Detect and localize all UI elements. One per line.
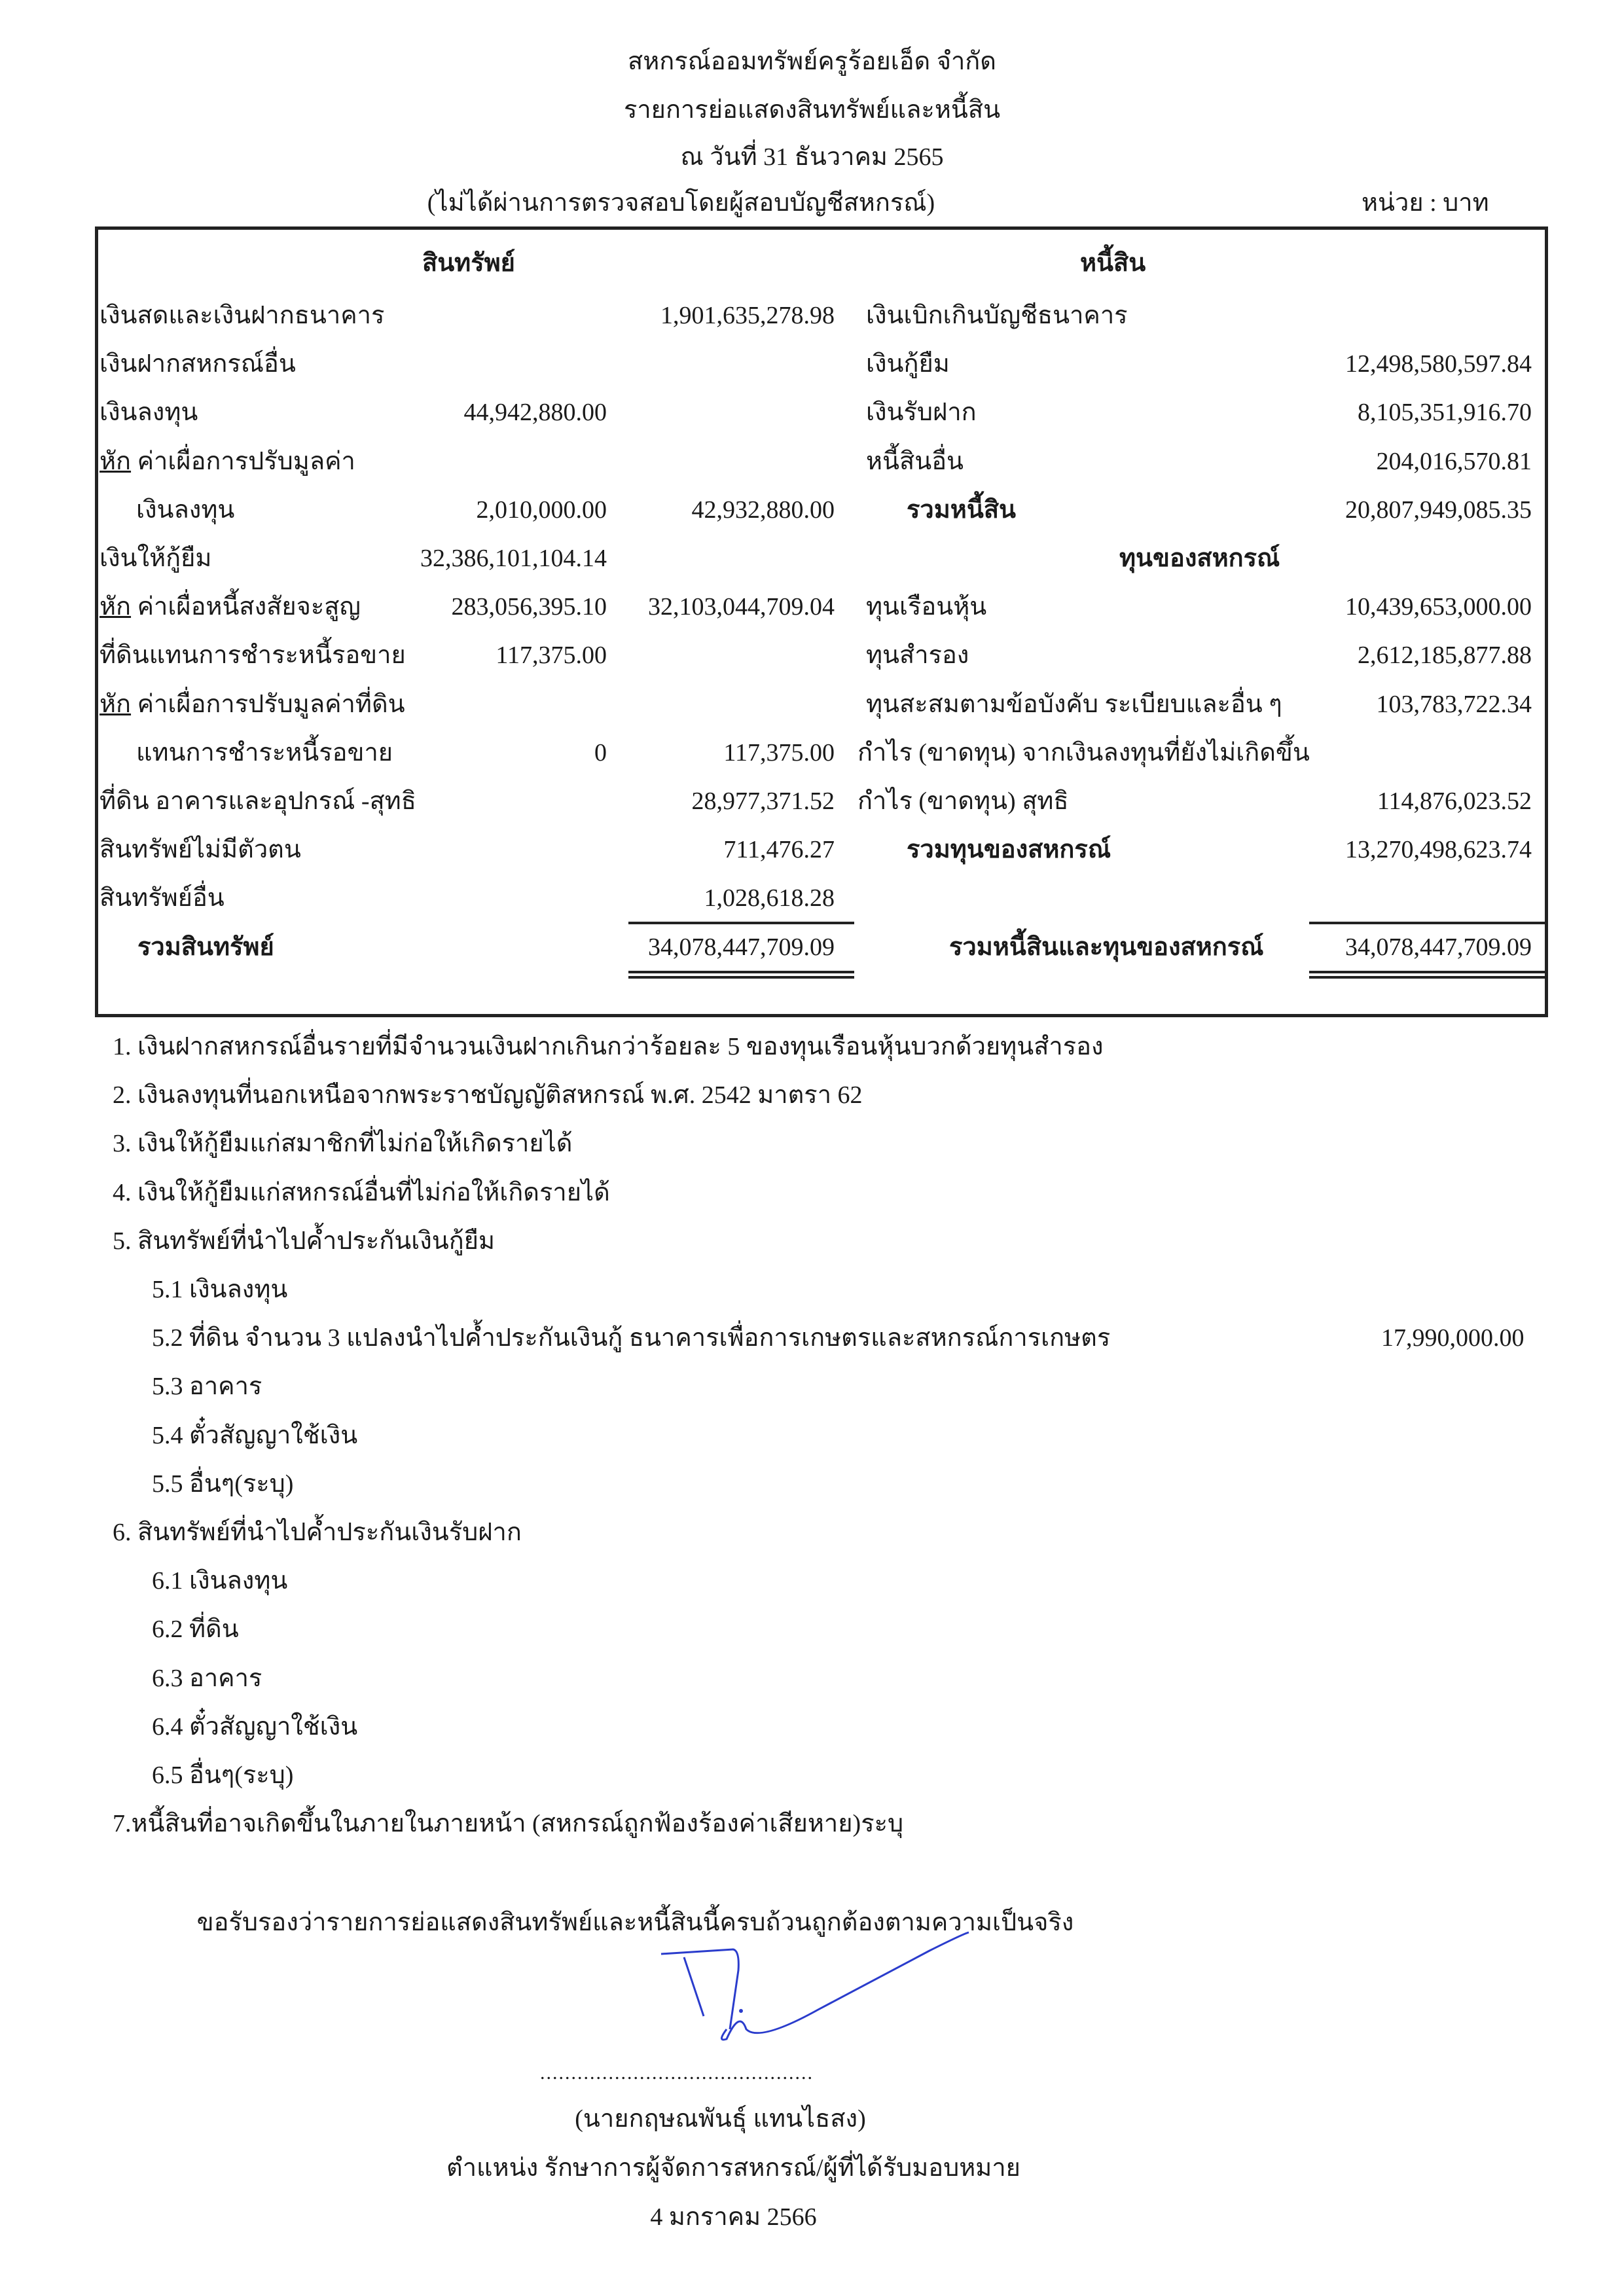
- asset-sub-amount: 32,386,101,104.14: [420, 546, 607, 571]
- asset-amount: 1,028,618.28: [704, 886, 835, 911]
- note-item: 5.3 อาคาร: [152, 1374, 262, 1399]
- total-rule: [1309, 976, 1545, 979]
- asset-label: แทนการชำระหนี้รอขาย: [136, 740, 393, 765]
- asset-label: ที่ดินแทนการชำระหนี้รอขาย: [99, 643, 406, 668]
- note-item: 6. สินทรัพย์ที่นำไปค้ำประกันเงินรับฝาก: [113, 1520, 522, 1545]
- asset-label-text: เงินให้กู้ยืม: [99, 545, 211, 572]
- asset-label-text: แทนการชำระหนี้รอขาย: [136, 739, 393, 767]
- asset-amount: 117,375.00: [723, 740, 835, 765]
- total-rule: [628, 971, 854, 973]
- asset-label: เงินลงทุน: [136, 497, 234, 522]
- grand-total-label: รวมหนี้สินและทุนของสหกรณ์: [949, 935, 1263, 960]
- asset-sub-amount: 44,942,880.00: [464, 400, 607, 425]
- grand-total-value: 34,078,447,709.09: [1345, 935, 1532, 960]
- asset-label: เงินฝากสหกรณ์อื่น: [99, 352, 296, 376]
- equity-label: กำไร (ขาดทุน) จากเงินลงทุนที่ยังไม่เกิดข…: [857, 740, 1310, 765]
- liability-label: เงินเบิกเกินบัญชีธนาคาร: [866, 303, 1128, 328]
- total-rule: [1309, 971, 1545, 973]
- asset-label-text: เงินฝากสหกรณ์อื่น: [99, 350, 296, 378]
- liability-label: เงินกู้ยืม: [866, 352, 950, 376]
- note-amount: 17,990,000.00: [1381, 1326, 1525, 1350]
- liability-amount: 8,105,351,916.70: [1358, 400, 1532, 425]
- asset-label-text: ค่าเผื่อการปรับมูลค่าที่ดิน: [131, 691, 405, 718]
- liability-label: หนี้สินอื่น: [866, 449, 964, 474]
- signer-position: ตำแหน่ง รักษาการผู้จัดการสหกรณ์/ผู้ที่ได…: [0, 2147, 1545, 2187]
- asset-label: หัก ค่าเผื่อการปรับมูลค่าที่ดิน: [99, 692, 405, 717]
- asset-amount: 32,103,044,709.04: [648, 594, 835, 619]
- equity-label: ทุนเรือนหุ้น: [866, 594, 986, 619]
- report-date: ณ วันที่ 31 ธันวาคม 2565: [0, 136, 1624, 176]
- asset-amount: 28,977,371.52: [692, 789, 835, 814]
- liability-amount: 12,498,580,597.84: [1345, 352, 1532, 376]
- total-rule: [628, 922, 854, 924]
- note-item: 6.3 อาคาร: [152, 1666, 262, 1691]
- audit-note: (ไม่ได้ผ่านการตรวจสอบโดยผู้สอบบัญชีสหกรณ…: [0, 182, 1493, 222]
- asset-label-text: สินทรัพย์ไม่มีตัวตน: [99, 836, 301, 863]
- equity-amount: 10,439,653,000.00: [1345, 594, 1532, 619]
- note-item: 6.2 ที่ดิน: [152, 1617, 239, 1642]
- note-item: 1. เงินฝากสหกรณ์อื่นรายที่มีจำนวนเงินฝาก…: [113, 1034, 1104, 1059]
- asset-label-text: ค่าเผื่อหนี้สงสัยจะสูญ: [131, 593, 361, 621]
- asset-label: ที่ดิน อาคารและอุปกรณ์ -สุทธิ: [99, 789, 416, 814]
- asset-label-text: ที่ดิน อาคารและอุปกรณ์ -สุทธิ: [99, 787, 416, 815]
- asset-label: หัก ค่าเผื่อหนี้สงสัยจะสูญ: [99, 594, 361, 619]
- total-rule: [628, 976, 854, 979]
- note-item: 6.5 อื่นๆ(ระบุ): [152, 1763, 293, 1788]
- equity-label: กำไร (ขาดทุน) สุทธิ: [857, 789, 1069, 814]
- asset-amount: 42,932,880.00: [692, 497, 835, 522]
- balance-sheet-table: สินทรัพย์ หนี้สิน เงินสดและเงินฝากธนาคาร…: [95, 226, 1548, 1017]
- asset-label: เงินสดและเงินฝากธนาคาร: [99, 303, 384, 328]
- asset-sub-amount: 283,056,395.10: [452, 594, 607, 619]
- equity-amount: 114,876,023.52: [1377, 789, 1532, 814]
- org-name: สหกรณ์ออมทรัพย์ครูร้อยเอ็ด จำกัด: [0, 41, 1624, 81]
- report-title: รายการย่อแสดงสินทรัพย์และหนี้สิน: [0, 89, 1624, 129]
- deduct-prefix: หัก: [99, 691, 131, 718]
- equity-label: ทุนสำรอง: [866, 643, 969, 668]
- asset-label-text: เงินสดและเงินฝากธนาคาร: [99, 302, 384, 329]
- asset-label: สินทรัพย์ไม่มีตัวตน: [99, 837, 301, 862]
- asset-amount: 711,476.27: [723, 837, 835, 862]
- asset-label: หัก ค่าเผื่อการปรับมูลค่า: [99, 449, 355, 474]
- note-item: 6.1 เงินลงทุน: [152, 1568, 287, 1593]
- note-item: 5.4 ตั๋วสัญญาใช้เงิน: [152, 1423, 357, 1448]
- asset-sub-amount: 2,010,000.00: [477, 497, 607, 522]
- assets-total-label: รวมสินทรัพย์: [137, 935, 274, 960]
- equity-heading: ทุนของสหกรณ์: [1119, 546, 1280, 571]
- signature-line: ........................................…: [540, 2062, 916, 2084]
- note-item: 5.1 เงินลงทุน: [152, 1277, 287, 1302]
- signature-icon: [655, 1931, 1074, 2042]
- liabilities-heading: หนี้สิน: [1080, 251, 1146, 276]
- asset-label-text: ที่ดินแทนการชำระหนี้รอขาย: [99, 642, 406, 669]
- asset-sub-amount: 117,375.00: [496, 643, 607, 668]
- equity-amount: 2,612,185,877.88: [1358, 643, 1532, 668]
- asset-label: เงินลงทุน: [99, 400, 198, 425]
- equity-amount: 103,783,722.34: [1377, 692, 1532, 717]
- asset-label-text: ค่าเผื่อการปรับมูลค่า: [131, 448, 355, 475]
- asset-label-text: สินทรัพย์อื่น: [99, 884, 225, 912]
- liabilities-total-label: รวมหนี้สิน: [907, 497, 1016, 522]
- note-item: 4. เงินให้กู้ยืมแก่สหกรณ์อื่นที่ไม่ก่อให…: [113, 1180, 610, 1205]
- asset-label-text: เงินลงทุน: [99, 399, 198, 426]
- note-item: 2. เงินลงทุนที่นอกเหนือจากพระราชบัญญัติส…: [113, 1083, 863, 1108]
- liabilities-total-value: 20,807,949,085.35: [1345, 497, 1532, 522]
- note-item: 5.2 ที่ดิน จำนวน 3 แปลงนำไปค้ำประกันเงิน…: [152, 1326, 1110, 1350]
- note-item: 6.4 ตั๋วสัญญาใช้เงิน: [152, 1714, 357, 1739]
- asset-amount: 1,901,635,278.98: [660, 303, 835, 328]
- signer-name: (นายกฤษณพันธุ์ แทนไธสง): [0, 2098, 1532, 2138]
- liability-amount: 204,016,570.81: [1377, 449, 1532, 474]
- assets-heading: สินทรัพย์: [422, 251, 515, 276]
- liability-label: เงินรับฝาก: [866, 400, 977, 425]
- equity-label: ทุนสะสมตามข้อบังคับ ระเบียบและอื่น ๆ: [866, 692, 1282, 717]
- asset-label: เงินให้กู้ยืม: [99, 546, 211, 571]
- unit-label: หน่วย : บาท: [1362, 182, 1489, 222]
- note-item: 5.5 อื่นๆ(ระบุ): [152, 1472, 293, 1496]
- note-item: 5. สินทรัพย์ที่นำไปค้ำประกันเงินกู้ยืม: [113, 1229, 495, 1254]
- note-item: 7.หนี้สินที่อาจเกิดขึ้นในภายในภายหน้า (ส…: [113, 1811, 903, 1836]
- deduct-prefix: หัก: [99, 593, 131, 621]
- deduct-prefix: หัก: [99, 448, 131, 475]
- equity-total-value: 13,270,498,623.74: [1345, 837, 1532, 862]
- assets-total-value: 34,078,447,709.09: [648, 935, 835, 960]
- note-item: 3. เงินให้กู้ยืมแก่สมาชิกที่ไม่ก่อให้เกิ…: [113, 1131, 572, 1156]
- asset-label: สินทรัพย์อื่น: [99, 886, 225, 911]
- total-rule: [1309, 922, 1545, 924]
- asset-sub-amount: 0: [594, 740, 607, 765]
- asset-label-text: เงินลงทุน: [136, 496, 234, 524]
- signing-date: 4 มกราคม 2566: [0, 2196, 1545, 2236]
- equity-total-label: รวมทุนของสหกรณ์: [907, 837, 1111, 862]
